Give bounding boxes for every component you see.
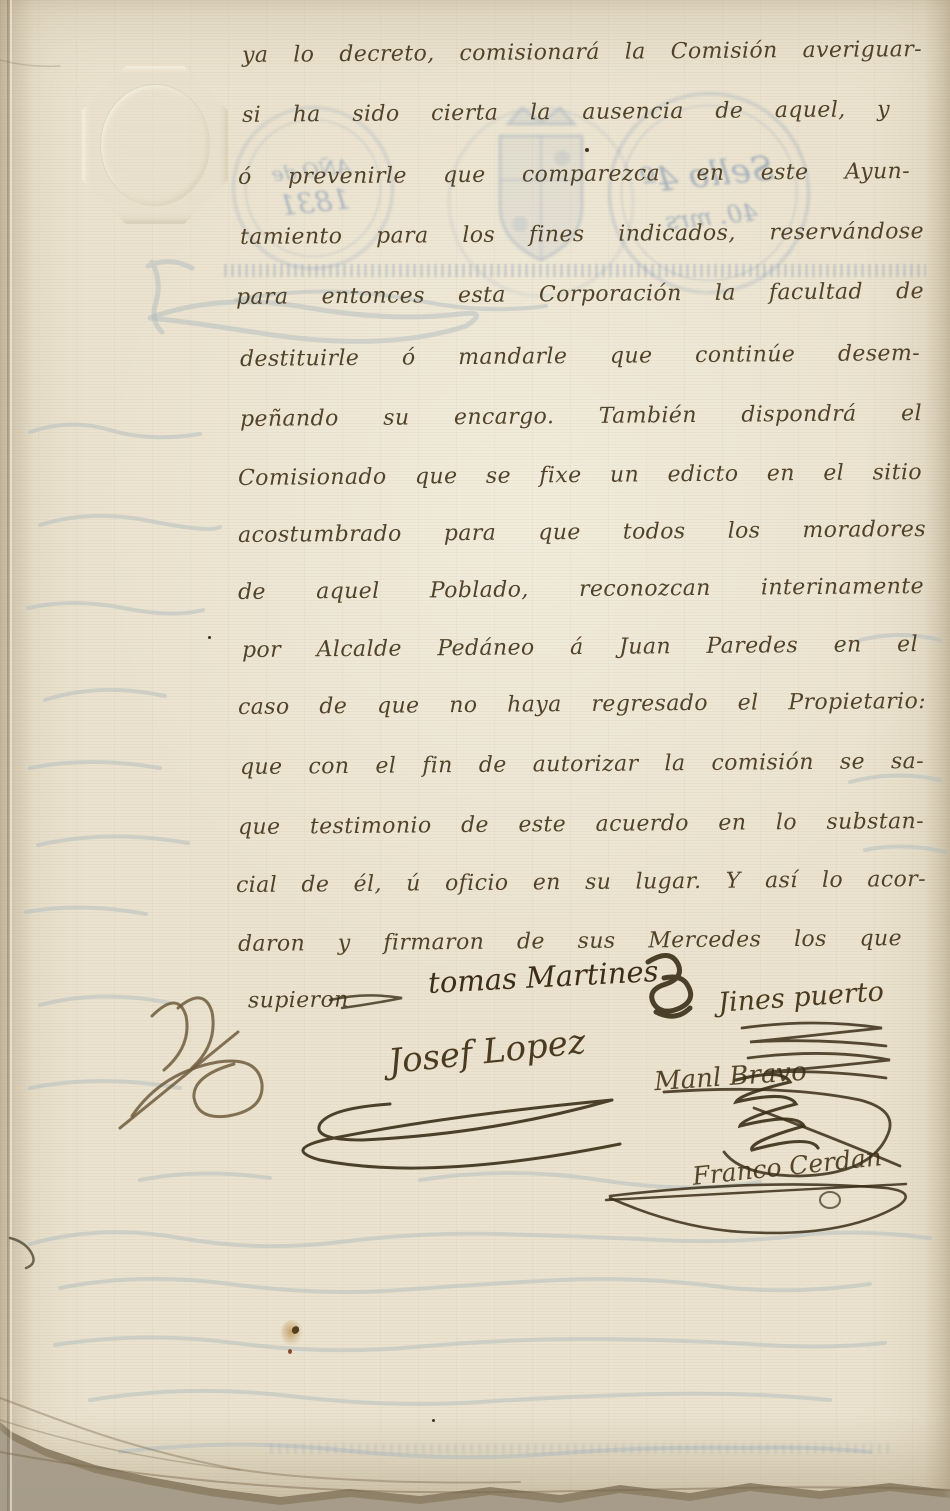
- manuscript-scan: AÑO de 1831 Sello 4º 40. mrs ya lo decre…: [0, 0, 950, 1511]
- paper-stain-rust-dot: [288, 1349, 292, 1354]
- ink-speck: [585, 148, 589, 152]
- binding-seam-highlight: [10, 0, 12, 1511]
- stamp-inner-ring: [612, 96, 805, 289]
- ink-speck: [432, 1419, 435, 1422]
- manuscript-line: supieron: [248, 988, 349, 1014]
- blind-embossed-seal-ring: [100, 84, 210, 206]
- verso-letterpress-band-bottom: [270, 1443, 890, 1454]
- ink-speck: [208, 636, 211, 639]
- verso-letterpress-band: [224, 264, 926, 277]
- blind-embossed-seal: [82, 66, 228, 224]
